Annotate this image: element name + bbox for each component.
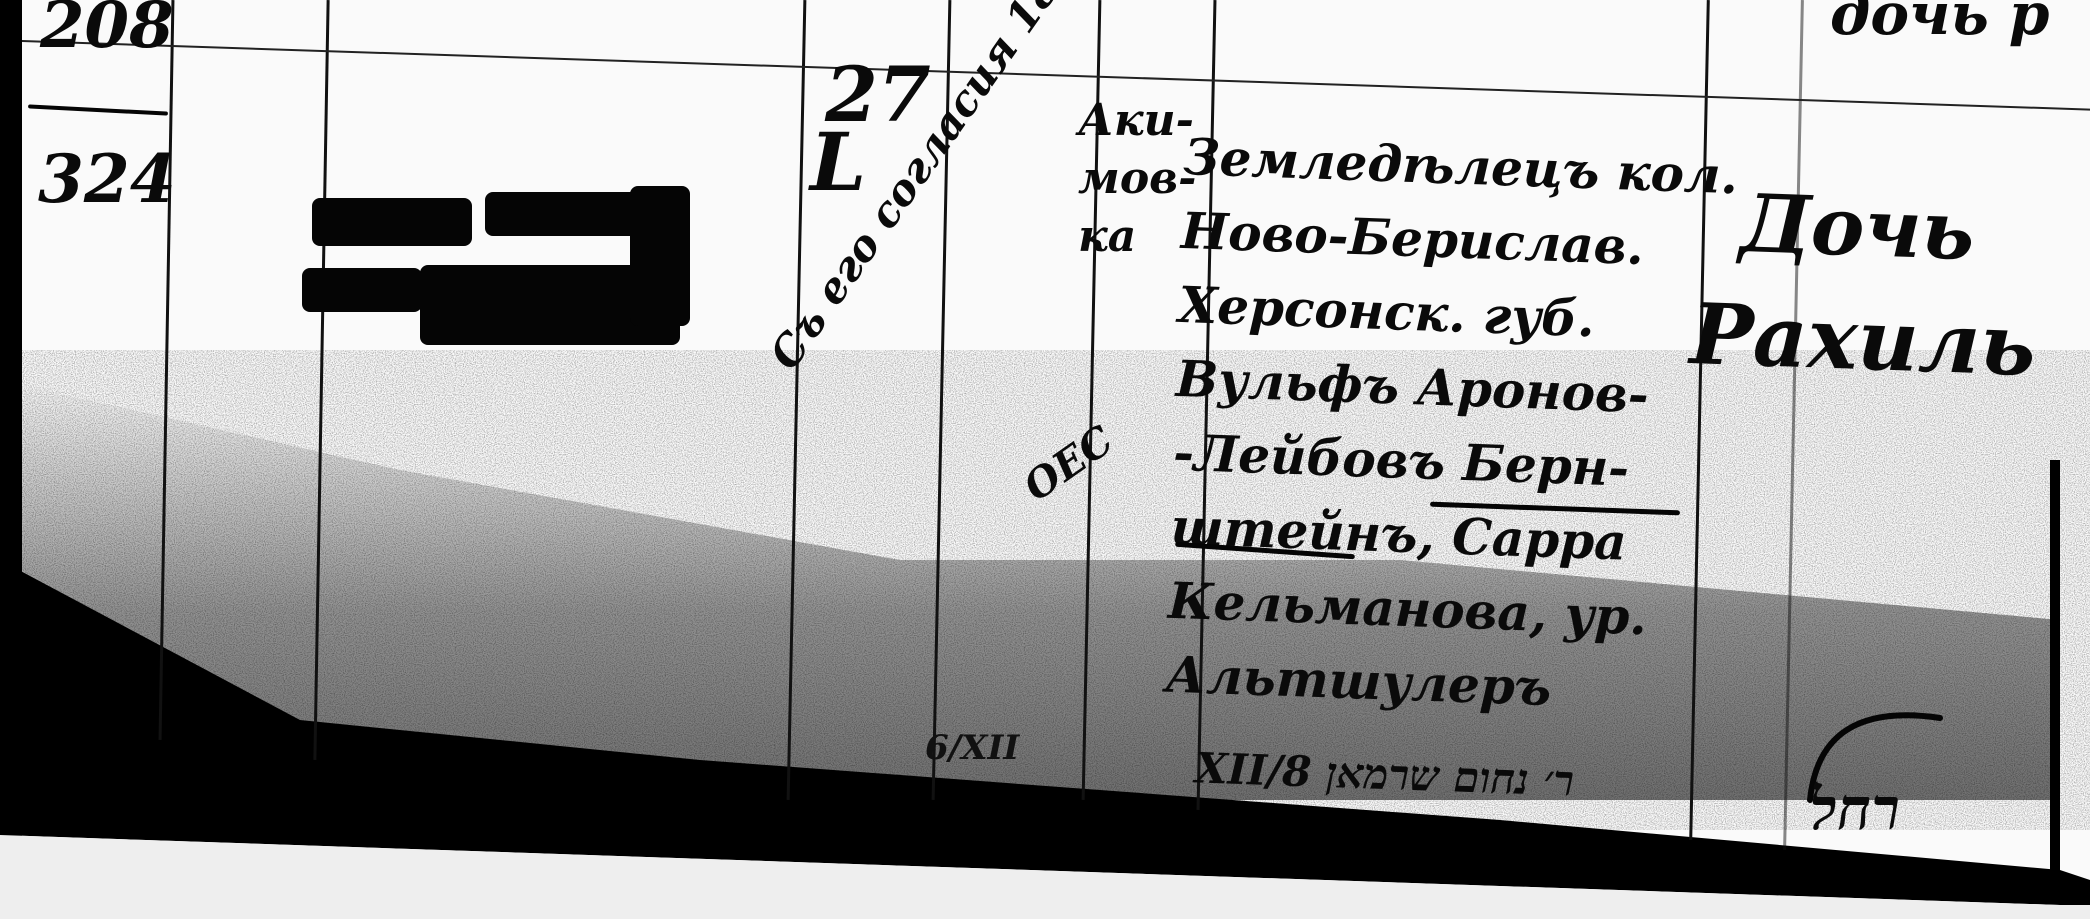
bottom-note: 6/XII [925,728,1019,768]
child-name: Рахиль [1688,284,2037,395]
child-relation: Дочь [1738,176,1976,278]
redaction-bar [302,268,422,312]
entry-number: 208 [40,0,174,63]
parents-entry: Земледѣлецъ кол. Ново-Берислав. Херсонск… [1164,120,1739,731]
top-right-fragment: дочь р [1830,0,2049,48]
entry-number-secondary: 324 [38,140,176,218]
birth-date-marker: L [810,115,866,209]
redaction-bar [630,186,690,326]
redaction-bar [312,198,472,246]
scanned-register-page: 208 324 27 L Съ его согласия 18/XII-го О… [0,0,2090,919]
bottom-right-hebrew: רחל [1810,775,1900,843]
